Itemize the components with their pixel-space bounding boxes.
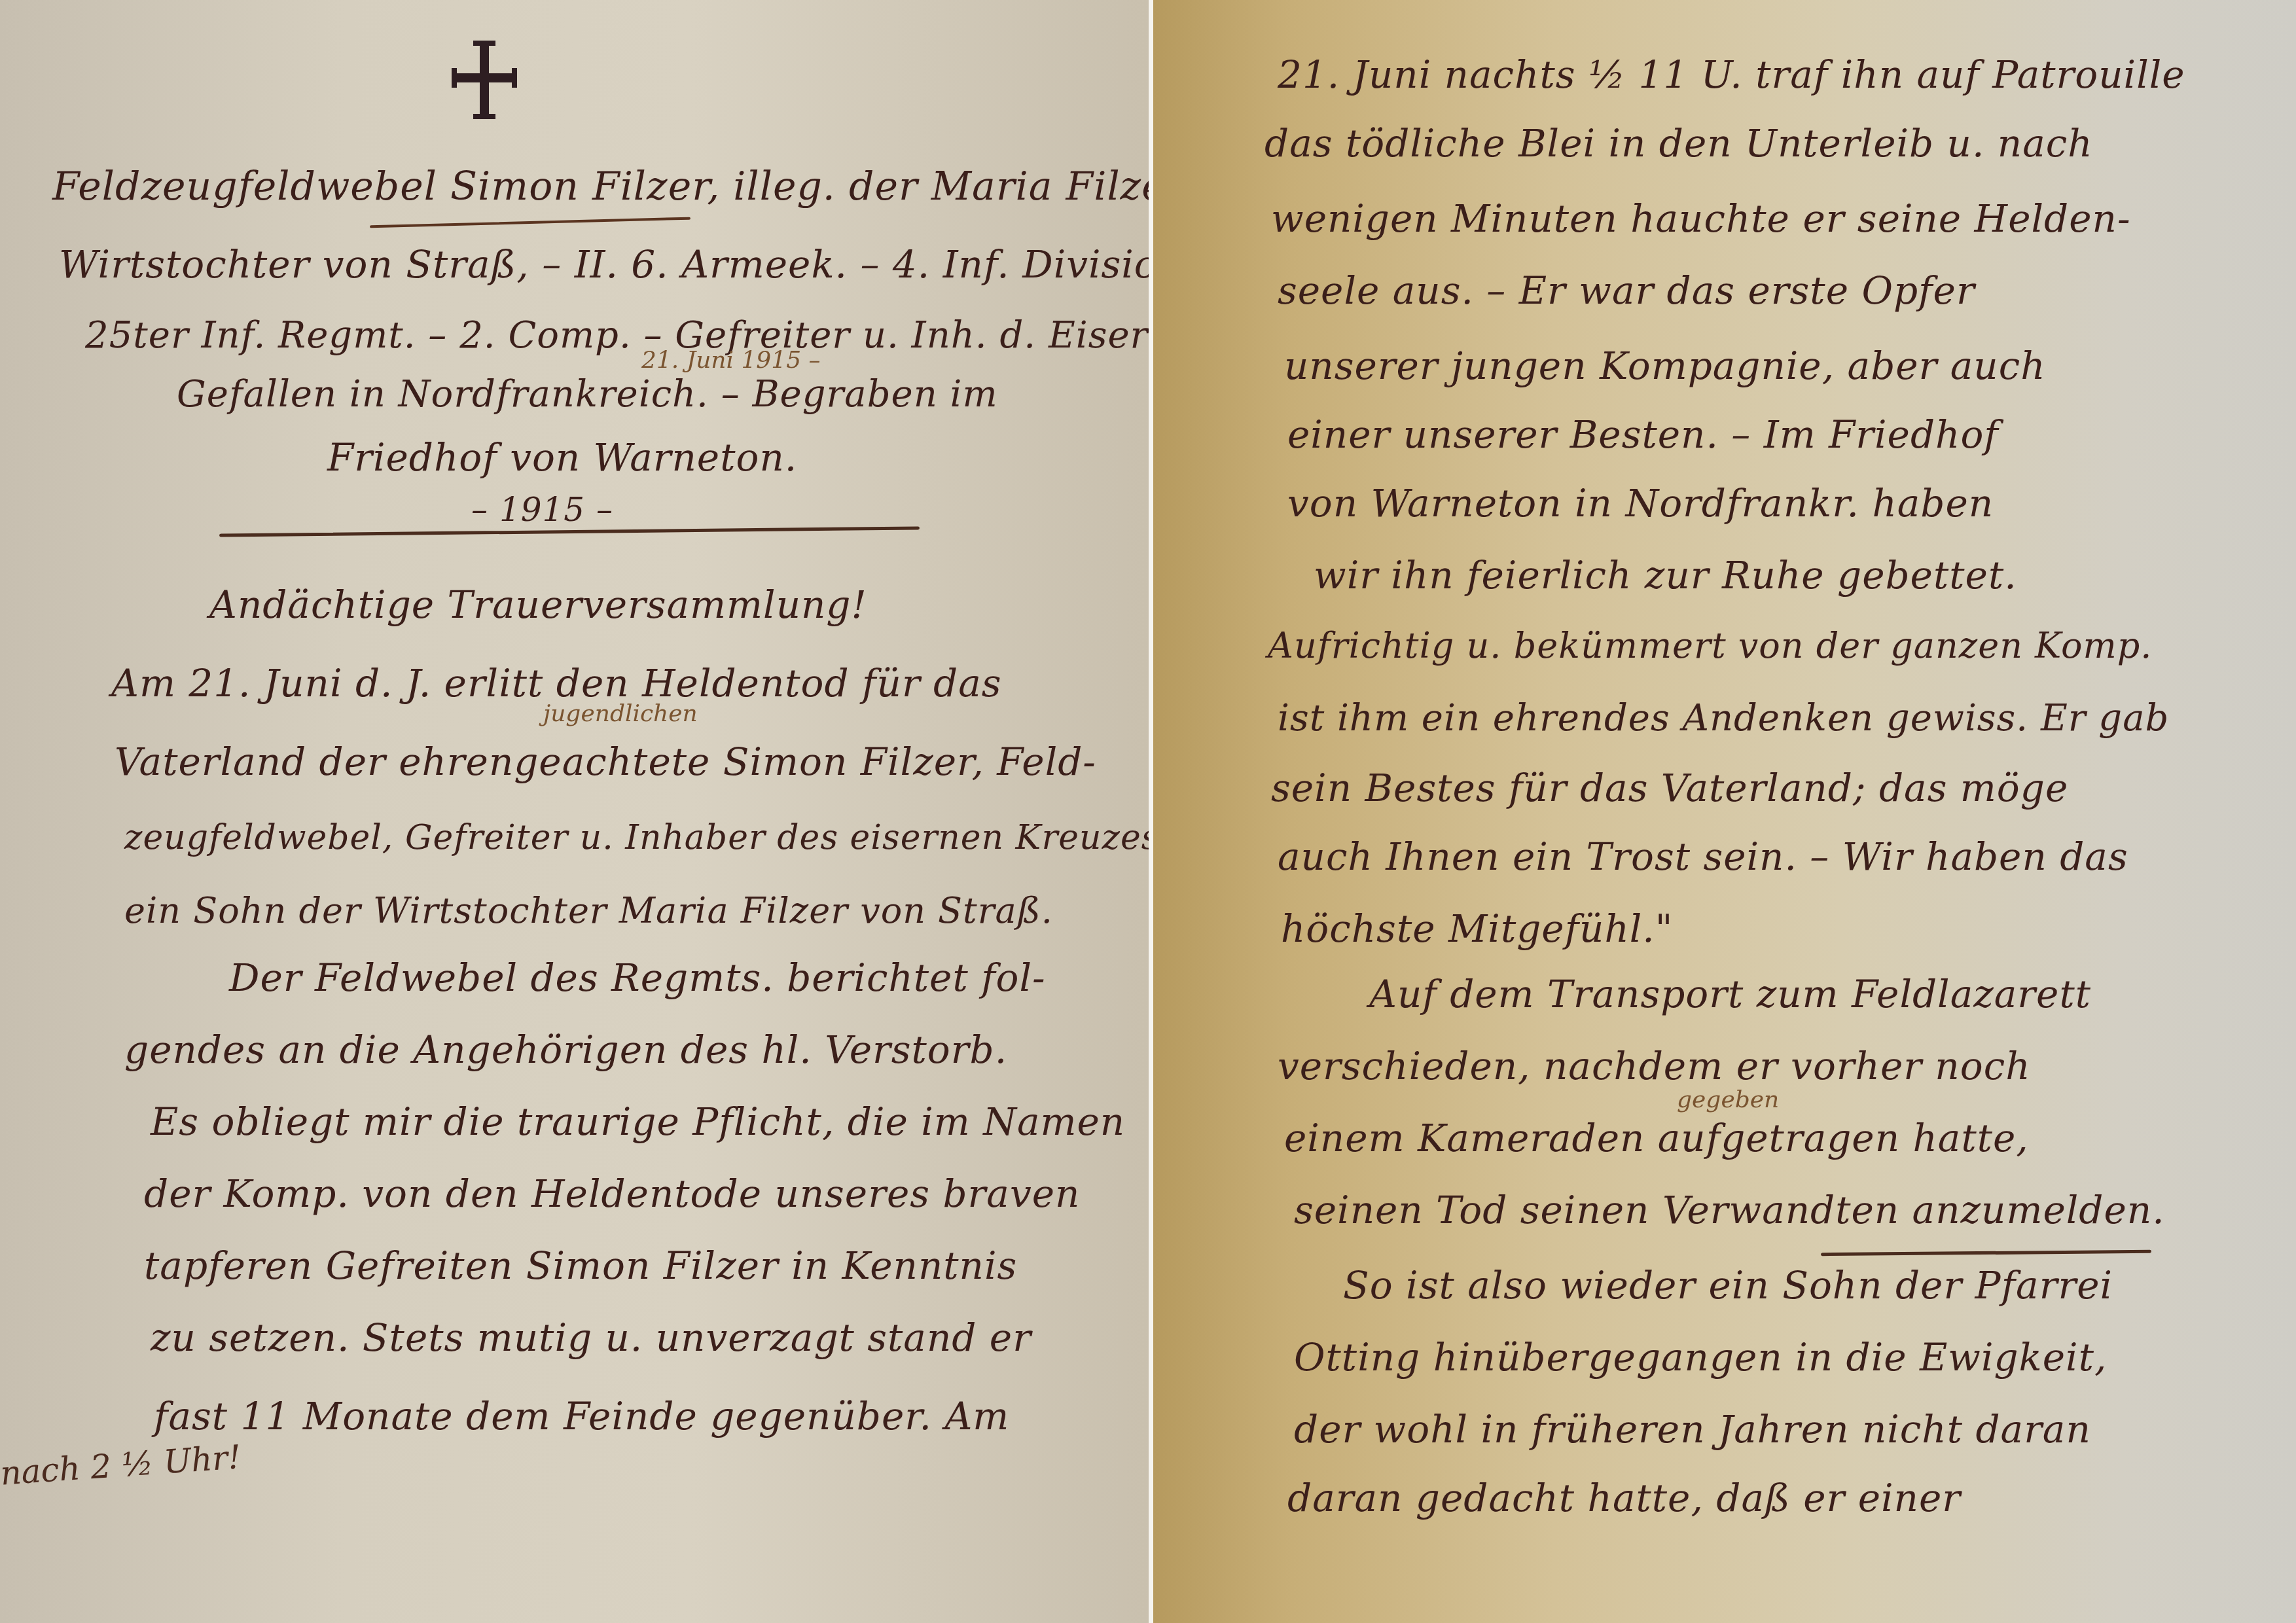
body-line: seele aus. – Er war das erste Opfer [1278,268,1975,313]
body-line: wenigen Minuten hauchte er seine Helden- [1271,196,2130,241]
right-manuscript-page: 21. Juni nachts ½ 11 U. traf ihn auf Pat… [1153,0,2296,1623]
body-line: das tödliche Blei in den Unterleib u. na… [1265,121,2093,166]
body-line: höchste Mitgefühl." [1281,906,1673,951]
body-line: unserer jungen Kompagnie, aber auch [1284,344,2046,388]
word-insert: gegeben [1677,1086,1779,1113]
name-underline [370,217,691,228]
body-line: fast 11 Monate dem Feinde gegenüber. Am [154,1394,1009,1438]
section-rule [1821,1250,2151,1256]
header-line-1: Feldzeugfeldwebel Simon Filzer, illeg. d… [52,164,1149,209]
cross-icon [452,41,517,119]
body-line: 21. Juni nachts ½ 11 U. traf ihn auf Pat… [1278,52,2185,97]
header-line-4: Gefallen in Nordfrankreich. – Begraben i… [177,373,998,416]
body-line: Otting hinübergegangen in die Ewigkeit, [1294,1335,2107,1380]
body-line: Vaterland der ehrengeachtete Simon Filze… [115,740,1096,784]
body-line: von Warneton in Nordfrankr. haben [1287,481,1994,526]
date-insert: 21. Juni 1915 – [641,347,821,374]
body-line: Aufrichtig u. bekümmert von der ganzen K… [1268,625,2152,666]
word-insert: jugendlichen [543,700,698,727]
header-line-3: 25ter Inf. Regmt. – 2. Comp. – Gefreiter… [85,314,1149,357]
body-line: zeugfeldwebel, Gefreiter u. Inhaber des … [124,818,1149,857]
header-year: – 1915 – [471,491,613,529]
body-line: auch Ihnen ein Trost sein. – Wir haben d… [1278,834,2128,879]
body-line: seinen Tod seinen Verwandten anzumelden. [1294,1188,2165,1232]
body-line: sein Bestes für das Vaterland; das möge [1271,766,2068,810]
header-line-5: Friedhof von Warneton. [327,435,797,480]
body-line: gendes an die Angehörigen des hl. Versto… [124,1027,1007,1072]
body-line: Am 21. Juni d. J. erlitt den Heldentod f… [111,661,1002,705]
page-gutter [1149,0,1153,1623]
body-line: zu setzen. Stets mutig u. unverzagt stan… [151,1315,1031,1360]
body-line: daran gedacht hatte, daß er einer [1287,1476,1961,1520]
body-line: der wohl in früheren Jahren nicht daran [1294,1407,2091,1452]
left-manuscript-page: Feldzeugfeldwebel Simon Filzer, illeg. d… [0,0,1149,1623]
body-line: verschieden, nachdem er vorher noch [1278,1044,2030,1088]
body-line: ein Sohn der Wirtstochter Maria Filzer v… [124,890,1053,931]
body-line: wir ihn feierlich zur Ruhe gebettet. [1314,553,2017,597]
body-line: der Komp. von den Heldentode unseres bra… [144,1171,1080,1216]
body-line: einer unserer Besten. – Im Friedhof [1287,412,1999,457]
body-line: Auf dem Transport zum Feldlazarett [1369,972,2091,1016]
body-line: tapferen Gefreiten Simon Filzer in Kennt… [144,1243,1017,1288]
body-line: So ist also wieder ein Sohn der Pfarrei [1343,1263,2113,1308]
margin-note: nach 2 ½ Uhr! [0,1438,242,1493]
body-line: Der Feldwebel des Regmts. berichtet fol- [229,955,1046,1000]
body-line: Es obliegt mir die traurige Pflicht, die… [151,1099,1125,1144]
header-line-2: Wirtstochter von Straß, – II. 6. Armeek.… [59,242,1149,287]
body-line: ist ihm ein ehrendes Andenken gewiss. Er… [1278,697,2169,740]
body-salutation: Andächtige Trauerversammlung! [209,582,867,627]
body-line: einem Kameraden aufgetragen hatte, [1284,1116,2029,1160]
